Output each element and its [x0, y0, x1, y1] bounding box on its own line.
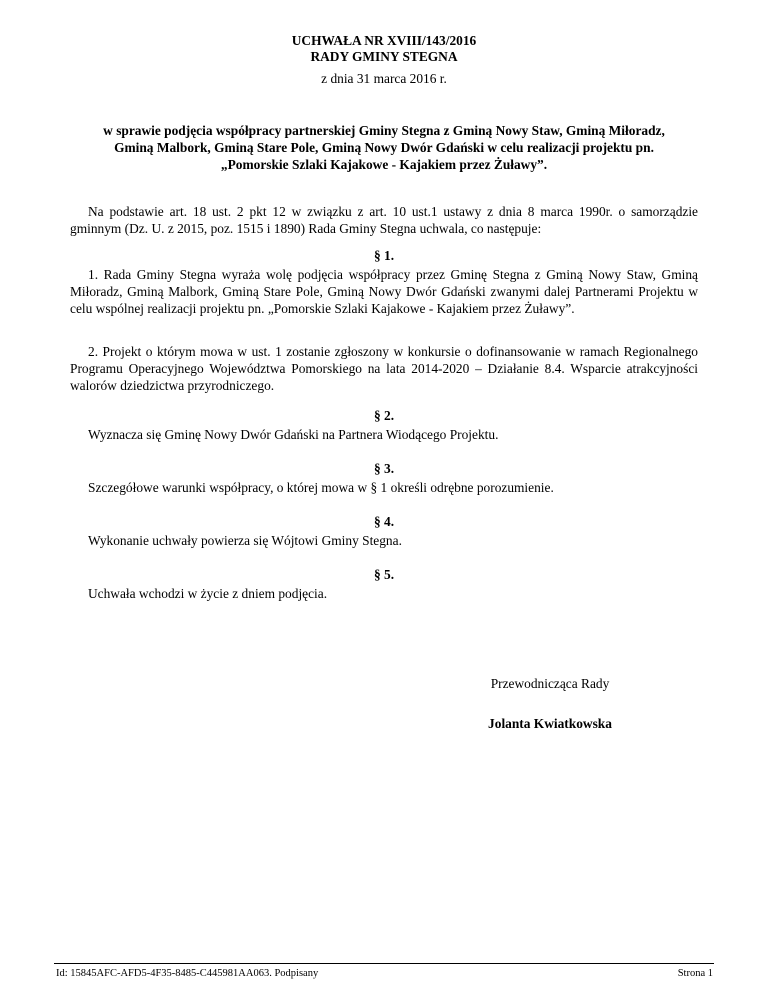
section-5-text: Uchwała wchodzi w życie z dniem podjęcia…: [88, 585, 698, 602]
section-4-text: Wykonanie uchwały powierza się Wójtowi G…: [88, 532, 698, 549]
section-3-heading: § 3.: [0, 461, 768, 477]
section-3-text: Szczegółowe warunki współpracy, o której…: [88, 479, 698, 496]
preamble: Na podstawie art. 18 ust. 2 pkt 12 w zwi…: [70, 203, 698, 237]
section-2-text: Wyznacza się Gminę Nowy Dwór Gdański na …: [88, 426, 698, 443]
subject-line-3: „Pomorskie Szlaki Kajakowe - Kajakiem pr…: [70, 156, 698, 173]
document-id: Id: 15845AFC-AFD5-4F35-8485-C445981AA063…: [56, 968, 318, 980]
page-number: Strona 1: [678, 968, 713, 980]
resolution-subject: w sprawie podjęcia współpracy partnerski…: [70, 122, 698, 173]
section-4-heading: § 4.: [0, 514, 768, 530]
title-line-2: RADY GMINY STEGNA: [0, 49, 768, 65]
signature-role: Przewodnicząca Rady: [440, 676, 660, 692]
resolution-title: UCHWAŁA NR XVIII/143/2016 RADY GMINY STE…: [0, 33, 768, 65]
signature-name: Jolanta Kwiatkowska: [440, 716, 660, 732]
section-2-heading: § 2.: [0, 408, 768, 424]
section-1-paragraph-2: 2. Projekt o którym mowa w ust. 1 zostan…: [70, 343, 698, 394]
resolution-date: z dnia 31 marca 2016 r.: [0, 71, 768, 87]
section-1-paragraph-1: 1. Rada Gminy Stegna wyraża wolę podjęci…: [70, 266, 698, 317]
subject-line-2: Gminą Malbork, Gminą Stare Pole, Gminą N…: [70, 139, 698, 156]
title-line-1: UCHWAŁA NR XVIII/143/2016: [0, 33, 768, 49]
subject-line-1: w sprawie podjęcia współpracy partnerski…: [70, 122, 698, 139]
document-page: UCHWAŁA NR XVIII/143/2016 RADY GMINY STE…: [0, 0, 768, 994]
section-1-heading: § 1.: [0, 248, 768, 264]
section-5-heading: § 5.: [0, 567, 768, 583]
footer-divider: [54, 963, 714, 964]
